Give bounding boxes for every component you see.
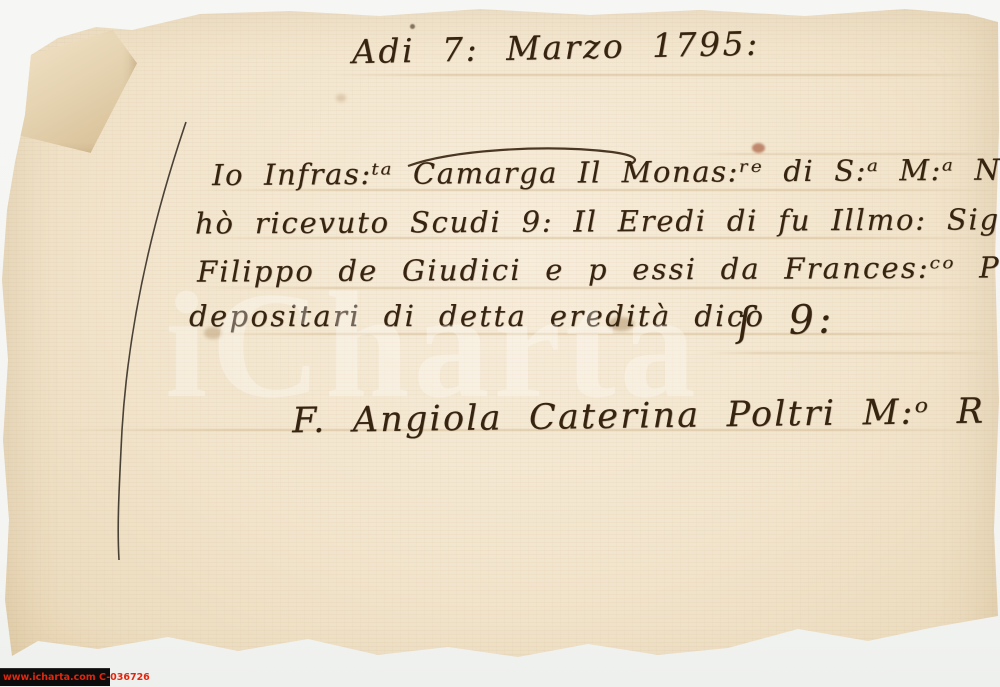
paper-stain [336,94,346,102]
ink-stain [752,143,765,153]
ruled-line [705,352,995,354]
ink-speck [410,24,415,29]
body-line: Io Infras:ᵗᵃ Camarga Il Monas:ʳᵉ di S:ᵃ … [212,152,1000,192]
ruled-line [188,333,995,335]
amount-figure: ſ 9: [736,296,836,345]
manuscript-scan: Adi 7: Marzo 1795: Io Infras:ᵗᵃ Camarga … [0,0,1000,687]
ruled-line [330,74,995,76]
archive-stamp-strip: www.icharta.com C-036726 [0,668,110,686]
archive-stamp-text: www.icharta.com C-036726 [3,672,150,683]
body-line: Filippo de Giudici e p essi da Frances:ᶜ… [197,249,1000,288]
body-line: depositari di detta eredità dico [189,299,765,333]
paper-sheet [0,0,1000,687]
body-line: hò ricevuto Scudi 9: Il Eredi di fu Illm… [195,201,1000,240]
folded-corner [15,30,137,158]
